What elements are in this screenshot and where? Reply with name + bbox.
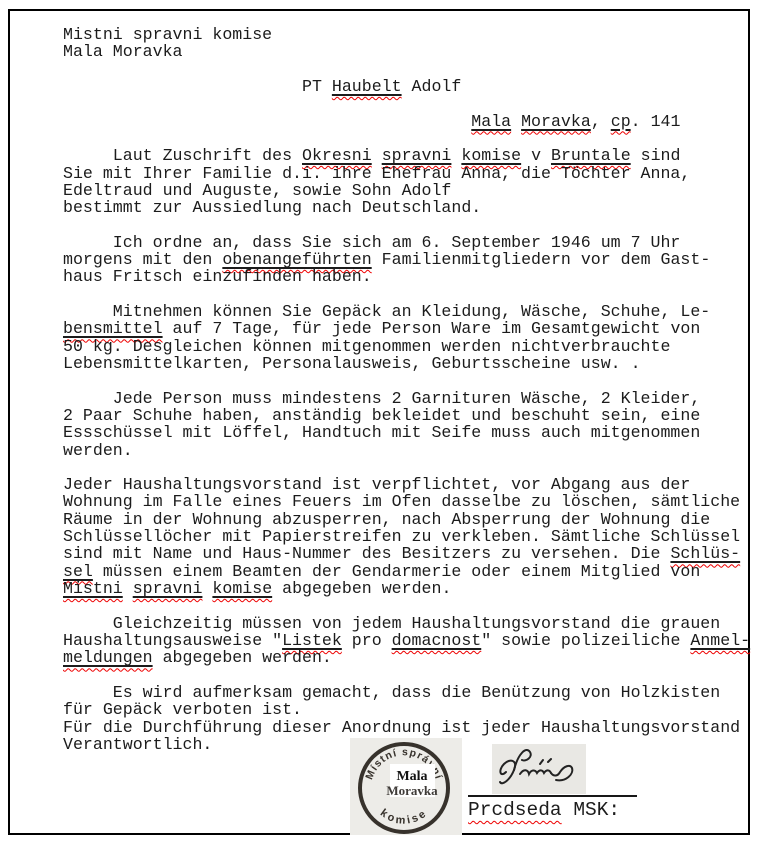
letter-line: Haushaltungsausweise "Listek pro domacno… bbox=[63, 632, 753, 649]
stamp-center-line1: Mala bbox=[396, 769, 427, 784]
letter-body: Mistni spravni komiseMala Moravka PT Hau… bbox=[63, 26, 753, 753]
letter-line: meldungen abgegeben werden. bbox=[63, 649, 753, 666]
letter-line bbox=[63, 459, 753, 476]
underlined-word: Mala bbox=[471, 112, 511, 131]
letter-line: bensmittel auf 7 Tage, für jede Person W… bbox=[63, 320, 753, 337]
letter-line: 2 Paar Schuhe haben, anständig bekleidet… bbox=[63, 407, 753, 424]
svg-text:komise: komise bbox=[378, 807, 430, 827]
letter-line bbox=[63, 667, 753, 684]
signature-scan-patch bbox=[492, 744, 586, 794]
signature-caption: Prcdseda MSK: bbox=[468, 799, 620, 821]
underlined-word: Bruntale bbox=[551, 146, 631, 165]
letter-line bbox=[63, 216, 753, 233]
underlined-word: domacnost bbox=[392, 631, 482, 650]
letter-line bbox=[63, 597, 753, 614]
letter-line: PT Haubelt Adolf bbox=[63, 78, 753, 95]
letter-line: Ich ordne an, dass Sie sich am 6. Septem… bbox=[63, 234, 753, 251]
underlined-word: Schlüs- bbox=[670, 544, 740, 563]
letter-line: Jede Person muss mindestens 2 Garnituren… bbox=[63, 390, 753, 407]
letter-line: Schlüssellöcher mit Papierstreifen zu ve… bbox=[63, 528, 753, 545]
letter-line: Sie mit Ihrer Familie d.i. ihre Ehefrau … bbox=[63, 165, 753, 182]
underlined-word: meldungen bbox=[63, 648, 153, 667]
letter-line: Mala Moravka bbox=[63, 43, 753, 60]
letter-line bbox=[63, 286, 753, 303]
letter-line: bestimmt zur Aussiedlung nach Deutschlan… bbox=[63, 199, 753, 216]
underlined-word: bensmittel bbox=[63, 319, 163, 338]
underlined-word: komise bbox=[212, 579, 272, 598]
letter-line: Mistni spravni komise bbox=[63, 26, 753, 43]
letter-line: Mitnehmen können Sie Gepäck an Kleidung,… bbox=[63, 303, 753, 320]
underlined-word: spravni bbox=[382, 146, 452, 165]
underlined-word: sel bbox=[63, 562, 93, 581]
letter-line bbox=[63, 61, 753, 78]
letter-line: Gleichzeitig müssen von jedem Haushaltun… bbox=[63, 615, 753, 632]
underlined-word: Haubelt bbox=[332, 77, 402, 96]
letter-line: haus Fritsch einzufinden haben. bbox=[63, 268, 753, 285]
underlined-word: cp bbox=[611, 112, 631, 131]
stamp-arc-bottom-text: komise bbox=[378, 807, 430, 827]
stamp-scan-patch: Místní správní komise Mala Moravka bbox=[350, 738, 462, 835]
handwritten-signature-icon bbox=[492, 744, 586, 794]
letter-line: sind mit Name und Haus-Nummer des Besitz… bbox=[63, 545, 753, 562]
letter-line: morgens mit den obenangeführten Familien… bbox=[63, 251, 753, 268]
letter-line: Räume in der Wohnung abzusperren, nach A… bbox=[63, 511, 753, 528]
underlined-word: komise bbox=[461, 146, 521, 165]
signature-line bbox=[468, 795, 637, 797]
letter-line: Edeltraud und Auguste, sowie Sohn Adolf bbox=[63, 182, 753, 199]
underlined-word: obenangeführten bbox=[222, 250, 371, 269]
letter-line: Jeder Haushaltungsvorstand ist verpflich… bbox=[63, 476, 753, 493]
letter-line: Mala Moravka, cp. 141 bbox=[63, 113, 753, 130]
letter-line: werden. bbox=[63, 442, 753, 459]
letter-line bbox=[63, 372, 753, 389]
letter-line: Für die Durchführung dieser Anordnung is… bbox=[63, 719, 753, 736]
stamp-center-line2: Moravka bbox=[386, 783, 438, 798]
underlined-word: Mistni bbox=[63, 579, 123, 598]
letter-line: Essschüssel mit Löffel, Handtuch mit Sei… bbox=[63, 424, 753, 441]
round-stamp-icon: Místní správní komise Mala Moravka bbox=[350, 738, 462, 835]
underlined-word: Moravka bbox=[521, 112, 591, 131]
letter-line: 50 kg. Desgleichen können mitgenommen we… bbox=[63, 338, 753, 355]
letter-line: Es wird aufmerksam gemacht, dass die Ben… bbox=[63, 684, 753, 701]
letter-line: Lebensmittelkarten, Personalausweis, Geb… bbox=[63, 355, 753, 372]
underlined-word: Listek bbox=[282, 631, 342, 650]
letter-line: Laut Zuschrift des Okresni spravni komis… bbox=[63, 147, 753, 164]
letter-line: Mistni spravni komise abgegeben werden. bbox=[63, 580, 753, 597]
underlined-word: Okresni bbox=[302, 146, 372, 165]
letter-line bbox=[63, 130, 753, 147]
caption-title-word: Prcdseda bbox=[468, 799, 562, 821]
caption-rest: MSK: bbox=[562, 799, 621, 821]
letter-line: sel müssen einem Beamten der Gendarmerie… bbox=[63, 563, 753, 580]
letter-line: für Gepäck verboten ist. bbox=[63, 701, 753, 718]
letter-line: Wohnung im Falle eines Feuers im Ofen da… bbox=[63, 493, 753, 510]
underlined-word: Anmel- bbox=[690, 631, 750, 650]
letter-line bbox=[63, 95, 753, 112]
underlined-word: spravni bbox=[133, 579, 203, 598]
